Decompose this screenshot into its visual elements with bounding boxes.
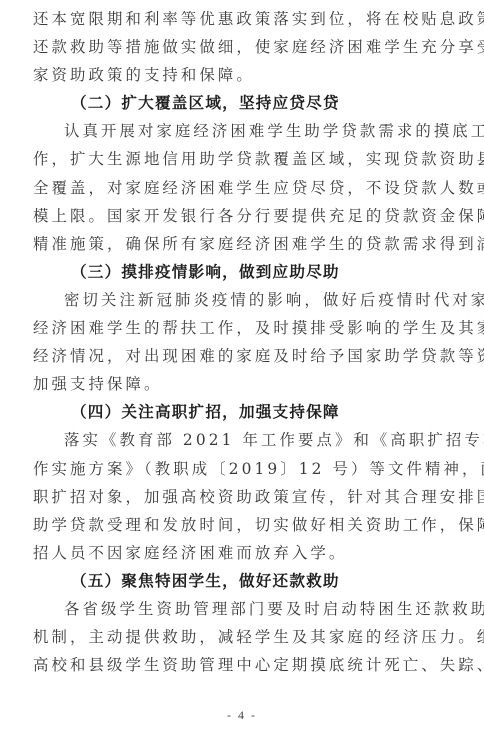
document-page: 还本宽限期和利率等优惠政策落实到位，将在校贴息政策和 还款救助等措施做实做细，使… xyxy=(33,5,443,679)
body-line: 全覆盖，对家庭经济困难学生应贷尽贷，不设贷款人数或规 xyxy=(33,174,443,202)
section-heading-4: （四）关注高职扩招，加强支持保障 xyxy=(33,398,443,426)
body-line: 加强支持保障。 xyxy=(33,370,443,398)
body-line: 经济困难学生的帮扶工作，及时摸排受影响的学生及其家庭 xyxy=(33,314,443,342)
body-line: 机制，主动提供救助，减轻学生及其家庭的经济压力。组织 xyxy=(33,623,443,651)
body-line: 精准施策，确保所有家庭经济困难学生的贷款需求得到满足。 xyxy=(33,230,443,258)
body-line: 密切关注新冠肺炎疫情的影响，做好后疫情时代对家庭 xyxy=(33,286,443,314)
section-heading-2: （二）扩大覆盖区域，坚持应贷尽贷 xyxy=(33,89,443,117)
body-line: 家资助政策的支持和保障。 xyxy=(33,61,443,89)
body-line: 经济情况，对出现困难的家庭及时给予国家助学贷款等资助， xyxy=(33,342,443,370)
body-line: 高校和县级学生资助管理中心定期摸底统计死亡、失踪、丧 xyxy=(33,651,443,679)
body-line: 招人员不因家庭经济困难而放弃入学。 xyxy=(33,539,443,567)
body-line: 认真开展对家庭经济困难学生助学贷款需求的摸底工 xyxy=(33,117,443,145)
body-line: 助学贷款受理和发放时间，切实做好相关资助工作，保障扩 xyxy=(33,511,443,539)
page-number: - 4 - xyxy=(0,708,484,723)
body-line: 还款救助等措施做实做细，使家庭经济困难学生充分享受国 xyxy=(33,33,443,61)
body-line: 职扩招对象，加强高校资助政策宣传，针对其合理安排国家 xyxy=(33,483,443,511)
body-line: 作，扩大生源地信用助学贷款覆盖区域，实现贷款资助县域 xyxy=(33,145,443,173)
section-heading-5: （五）聚焦特困学生，做好还款救助 xyxy=(33,567,443,595)
body-line: 各省级学生资助管理部门要及时启动特困生还款救助 xyxy=(33,595,443,623)
body-line: 模上限。国家开发银行各分行要提供充足的贷款资金保障， xyxy=(33,202,443,230)
body-line: 作实施方案》（教职成〔2019〕12 号）等文件精神，面向高 xyxy=(33,455,443,483)
body-line: 还本宽限期和利率等优惠政策落实到位，将在校贴息政策和 xyxy=(33,5,443,33)
section-heading-3: （三）摸排疫情影响，做到应助尽助 xyxy=(33,258,443,286)
body-line: 落实《教育部 2021 年工作要点》和《高职扩招专项工 xyxy=(33,426,443,454)
